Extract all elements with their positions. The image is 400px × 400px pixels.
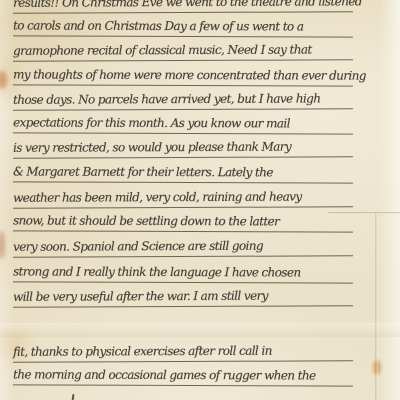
letter-line: my thoughts of home were more concentrat… (13, 65, 353, 86)
letter-line: snow, but it should be settling down to … (13, 211, 353, 232)
letter-line: those days. No parcels have arrived yet,… (13, 89, 353, 110)
letter-line: gramophone recital of classical music, N… (13, 40, 353, 61)
letter-line: very soon. Spaniol and Science are still… (13, 236, 353, 257)
letter-line: weather has been mild, very cold, rainin… (13, 187, 353, 208)
letter-line: results!! On Christmas Eve we went to th… (13, 0, 353, 14)
letter-line: will be very useful after the war. I am … (13, 286, 353, 307)
vertical-crease (375, 213, 378, 400)
letter-line: the morning and occasional games of rugg… (13, 365, 353, 386)
letter-line: is very restricted, so would you please … (13, 137, 353, 158)
letter-line: fit, thanks to physical exercises after … (13, 341, 353, 362)
letter-line: to carols and on Christmas Day a few of … (13, 16, 353, 37)
paragraph-fold-band (0, 323, 400, 337)
letter-photo: results!! On Christmas Eve we went to th… (0, 0, 400, 400)
letter-line: strong and I really think the language I… (13, 262, 353, 283)
letter-line: & Margaret Barnett for their letters. La… (13, 162, 353, 183)
stain-red-left-edge (0, 231, 5, 259)
stain-orange-right-edge (373, 360, 381, 375)
stain-rust-left-edge (0, 71, 7, 89)
letter-line: expectations for this month. As you know… (13, 113, 353, 134)
partial-line-ascender-marks (72, 394, 75, 400)
